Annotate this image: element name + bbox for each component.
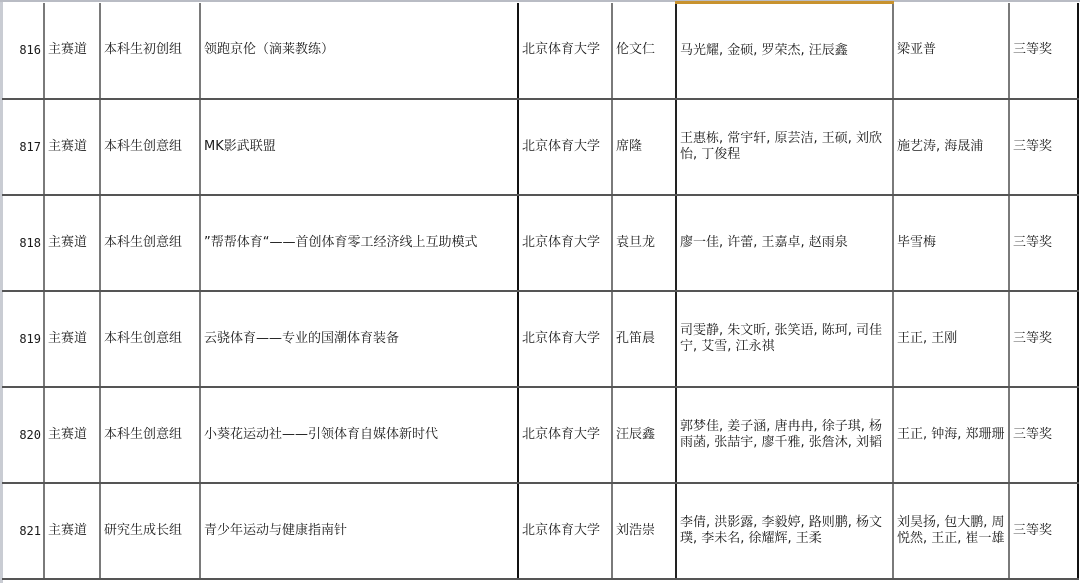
cell-school[interactable]: 北京体育大学 [518, 195, 612, 291]
cell-project[interactable]: ”帮帮体育“——首创体育零工经济线上互助模式 [200, 195, 518, 291]
cell-school[interactable]: 北京体育大学 [518, 387, 612, 483]
cell-award[interactable]: 三等奖 [1009, 291, 1078, 387]
table-row[interactable]: 820 主赛道 本科生创意组 小葵花运动社——引领体育自媒体新时代 北京体育大学… [2, 387, 1078, 483]
cell-award[interactable]: 三等奖 [1009, 195, 1078, 291]
cell-project[interactable]: 领跑京伦（滴莱教练） [200, 3, 518, 100]
cell-members[interactable]: 马光耀, 金硕, 罗荣杰, 汪辰鑫 [676, 3, 893, 100]
cell-track[interactable]: 主赛道 [44, 3, 100, 100]
cell-project[interactable]: 云骁体育——专业的国潮体育装备 [200, 291, 518, 387]
cell-award[interactable]: 三等奖 [1009, 483, 1078, 579]
table-row[interactable]: 818 主赛道 本科生创意组 ”帮帮体育“——首创体育零工经济线上互助模式 北京… [2, 195, 1078, 291]
cell-members[interactable]: 司雯静, 朱文昕, 张笑语, 陈珂, 司佳宁, 艾雪, 江永祺 [676, 291, 893, 387]
awards-table: 816 主赛道 本科生初创组 领跑京伦（滴莱教练） 北京体育大学 伦文仁 马光耀… [2, 1, 1079, 580]
cell-id[interactable]: 816 [2, 3, 44, 100]
table-row[interactable]: 821 主赛道 研究生成长组 青少年运动与健康指南针 北京体育大学 刘浩崇 李倩… [2, 483, 1078, 579]
cell-project[interactable]: MK影武联盟 [200, 99, 518, 195]
cell-advisors[interactable]: 王正, 王刚 [893, 291, 1009, 387]
cell-id[interactable]: 817 [2, 99, 44, 195]
cell-id[interactable]: 821 [2, 483, 44, 579]
cell-members[interactable]: 郭梦佳, 姜子涵, 唐冉冉, 徐子琪, 杨雨菡, 张喆宇, 廖千雅, 张詹沐, … [676, 387, 893, 483]
cell-track[interactable]: 主赛道 [44, 195, 100, 291]
cell-advisors[interactable]: 王正, 钟海, 郑珊珊 [893, 387, 1009, 483]
cell-leader[interactable]: 汪辰鑫 [612, 387, 676, 483]
cell-project[interactable]: 青少年运动与健康指南针 [200, 483, 518, 579]
cell-track[interactable]: 主赛道 [44, 483, 100, 579]
cell-school[interactable]: 北京体育大学 [518, 99, 612, 195]
cell-track[interactable]: 主赛道 [44, 387, 100, 483]
table-row[interactable]: 819 主赛道 本科生创意组 云骁体育——专业的国潮体育装备 北京体育大学 孔笛… [2, 291, 1078, 387]
cell-members[interactable]: 王惠栋, 常宇轩, 原芸洁, 王硕, 刘欣怡, 丁俊程 [676, 99, 893, 195]
table-row[interactable]: 817 主赛道 本科生创意组 MK影武联盟 北京体育大学 席隆 王惠栋, 常宇轩… [2, 99, 1078, 195]
table-row[interactable]: 816 主赛道 本科生初创组 领跑京伦（滴莱教练） 北京体育大学 伦文仁 马光耀… [2, 3, 1078, 100]
cell-advisors[interactable]: 刘昊扬, 包大鹏, 周悦然, 王正, 崔一雄 [893, 483, 1009, 579]
cell-award[interactable]: 三等奖 [1009, 3, 1078, 100]
spreadsheet: 816 主赛道 本科生初创组 领跑京伦（滴莱教练） 北京体育大学 伦文仁 马光耀… [0, 0, 1080, 583]
cell-school[interactable]: 北京体育大学 [518, 291, 612, 387]
cell-leader[interactable]: 刘浩崇 [612, 483, 676, 579]
cell-id[interactable]: 819 [2, 291, 44, 387]
cell-leader[interactable]: 袁旦龙 [612, 195, 676, 291]
cell-track[interactable]: 主赛道 [44, 291, 100, 387]
cell-group[interactable]: 本科生创意组 [100, 291, 200, 387]
cell-id[interactable]: 820 [2, 387, 44, 483]
cell-group[interactable]: 本科生创意组 [100, 195, 200, 291]
cell-leader[interactable]: 孔笛晨 [612, 291, 676, 387]
cell-group[interactable]: 本科生初创组 [100, 3, 200, 100]
cell-school[interactable]: 北京体育大学 [518, 3, 612, 100]
cell-school[interactable]: 北京体育大学 [518, 483, 612, 579]
cell-advisors[interactable]: 毕雪梅 [893, 195, 1009, 291]
cell-members[interactable]: 廖一佳, 许蕾, 王嘉卓, 赵雨泉 [676, 195, 893, 291]
cell-project[interactable]: 小葵花运动社——引领体育自媒体新时代 [200, 387, 518, 483]
cell-track[interactable]: 主赛道 [44, 99, 100, 195]
cell-group[interactable]: 本科生创意组 [100, 387, 200, 483]
cell-id[interactable]: 818 [2, 195, 44, 291]
cell-award[interactable]: 三等奖 [1009, 99, 1078, 195]
cell-members[interactable]: 李倩, 洪影露, 李毅婷, 路则鹏, 杨文璞, 李未名, 徐耀辉, 王柔 [676, 483, 893, 579]
cell-award[interactable]: 三等奖 [1009, 387, 1078, 483]
cell-leader[interactable]: 席隆 [612, 99, 676, 195]
cell-advisors[interactable]: 施艺涛, 海晟浦 [893, 99, 1009, 195]
cell-group[interactable]: 研究生成长组 [100, 483, 200, 579]
cell-advisors[interactable]: 梁亚普 [893, 3, 1009, 100]
cell-group[interactable]: 本科生创意组 [100, 99, 200, 195]
cell-leader[interactable]: 伦文仁 [612, 3, 676, 100]
